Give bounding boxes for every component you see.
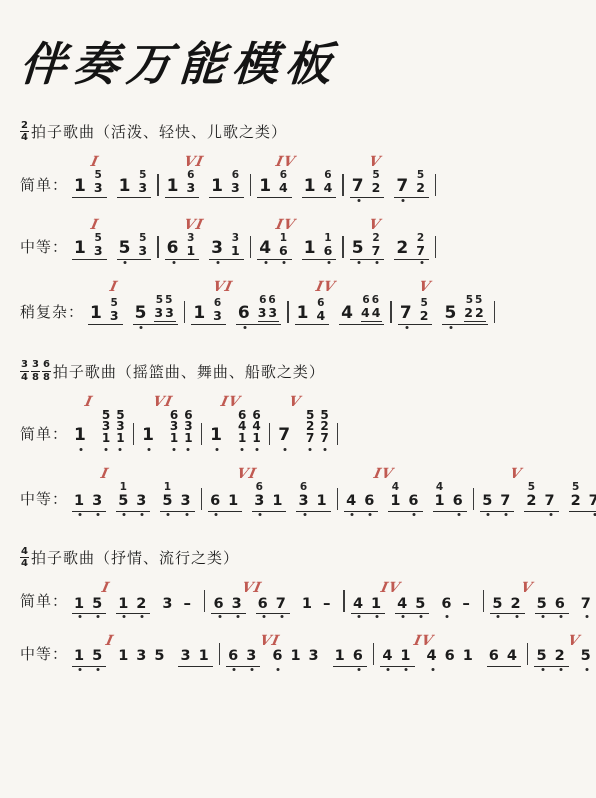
chord-numeral: IV [380, 581, 403, 596]
chord-numeral: V [367, 155, 382, 170]
note-digit: 1 [74, 178, 88, 195]
note: 5 [537, 597, 549, 612]
note-digit: 4 [316, 310, 327, 323]
barline [435, 174, 437, 196]
note: 7 [278, 427, 292, 444]
chord-line: V [480, 465, 596, 482]
beam-group: 12 [116, 597, 150, 615]
note-digit: 6 [445, 649, 457, 664]
note-digit: 6 [555, 597, 567, 612]
barline [219, 643, 221, 665]
note: 5 [492, 597, 504, 612]
note-digit: 1 [435, 494, 447, 509]
beam-group: 153 [72, 170, 107, 198]
note-digit: 3 [186, 182, 197, 195]
beam-group: 553 [117, 233, 152, 261]
note-digit: 5 [581, 649, 593, 664]
score-line: I153153VI163163IV164164V752752 [72, 153, 442, 198]
note: 52 [416, 170, 427, 195]
measure: I153153 [72, 153, 151, 198]
measure-notes: 6361316 [226, 649, 367, 667]
measure-notes: 7527527 [276, 410, 331, 448]
beam-group: 66633 [236, 295, 281, 325]
measure: V52567– [490, 579, 596, 614]
note-digit: 44 [361, 307, 382, 322]
note-digit: 5 [482, 494, 494, 509]
barline [342, 236, 344, 258]
chord-numeral: VI [258, 634, 281, 649]
note-digit: 7 [589, 494, 596, 509]
note-digit: 1 [142, 427, 156, 444]
time-signature-denominator: 4 [21, 372, 28, 383]
note-digit: 6 [324, 245, 335, 258]
row-label: 简单： [20, 423, 68, 447]
beam-group: 531531 [100, 410, 127, 448]
note: 5 [352, 240, 366, 257]
beam-group: 55533 [133, 295, 178, 325]
note: 53 [138, 170, 149, 195]
beam-group: 61 [208, 494, 242, 512]
chord-numeral: V [367, 218, 382, 233]
measure: V7527527 [276, 393, 331, 448]
note: 531 [102, 410, 110, 445]
note: 7 [396, 178, 410, 195]
note-digit: 1 [335, 649, 347, 664]
chord-line: V [350, 153, 429, 170]
chord-numeral: I [89, 218, 100, 233]
chord-line: V [534, 632, 596, 649]
chord-numeral: I [84, 395, 95, 410]
note: 7 [544, 494, 556, 509]
chord-numeral: V [508, 467, 523, 482]
chord-numeral: IV [275, 155, 298, 170]
note: 4 [259, 240, 273, 257]
measure: VI16366633 [191, 278, 281, 325]
barline [342, 174, 344, 196]
measure-notes: 752752 [350, 170, 429, 198]
note-digit: 1 [297, 305, 311, 322]
note: 5 [92, 649, 104, 664]
chord-numeral: V [288, 395, 303, 410]
time-signature-numerator: 2 [20, 120, 29, 132]
barline [250, 236, 252, 258]
beam-group: 527 [350, 233, 385, 261]
note-digit: 1 [74, 597, 86, 612]
score-row: 简单：I15123–VI63671–IV41456–V52567– [20, 579, 586, 614]
note-digit: 4 [397, 597, 409, 612]
note: 41 [435, 482, 447, 509]
note-digit: 6 [228, 649, 240, 664]
note: 5 [119, 240, 133, 257]
note-digit: 1 [463, 649, 475, 664]
chord-numeral: VI [182, 155, 205, 170]
note-digit: 6 [258, 597, 270, 612]
chord-numeral: IV [372, 467, 395, 482]
sheet-page: 伴奏万能模板 24拍子歌曲（活泼、轻快、儿歌之类）简单：I153153VI163… [0, 0, 596, 711]
chord-line: IV [380, 632, 521, 649]
note: 4 [507, 649, 519, 664]
note: 3 [162, 597, 174, 612]
note: 3 [136, 649, 148, 664]
note: 6 [489, 649, 501, 664]
chord-numeral: V [519, 581, 534, 596]
note-digit: 7 [400, 305, 414, 322]
beam-group: 163 [165, 170, 200, 198]
chord-line: I [72, 153, 151, 170]
note-digit: 2 [511, 597, 523, 612]
note: 1 [74, 427, 88, 444]
time-signature: 34 [20, 359, 29, 382]
time-signature: 38 [31, 359, 40, 382]
note: 641 [252, 410, 260, 445]
note-digit: 4 [279, 182, 290, 195]
note: 7 [500, 494, 512, 509]
row-label: 中等： [20, 236, 68, 260]
measure: V752752 [350, 153, 429, 198]
note: 6 [272, 649, 284, 664]
measure: IV41456– [351, 579, 477, 614]
note-digit: 2 [420, 310, 431, 323]
beam-group: 527527 [304, 410, 331, 448]
note-digit: 3 [231, 182, 242, 195]
note-digit: 6 [353, 649, 365, 664]
beam-group: 153 [72, 233, 107, 261]
note: 6 [364, 494, 376, 509]
beam-group: 1 [140, 427, 158, 447]
note-digit: 1 [118, 597, 130, 612]
note: 53 [138, 233, 149, 258]
note-digit: 5 [162, 494, 174, 509]
barline [201, 423, 203, 445]
note: 2 [555, 649, 567, 664]
measure: VI61631631 [208, 465, 331, 512]
row-label: 中等： [20, 643, 68, 667]
chord-numeral: VI [211, 280, 234, 295]
note: 27 [372, 233, 383, 258]
beam-group: 153 [160, 482, 194, 512]
note: 1 [74, 597, 86, 612]
time-signature: 44 [20, 546, 29, 569]
note: 52 [571, 482, 583, 509]
chord-line: VI [165, 216, 244, 233]
beam-group: 56 [535, 597, 569, 615]
measure: I15355533 [88, 278, 178, 325]
note-digit: 3 [136, 649, 148, 664]
section-header: 343868拍子歌曲（摇篮曲、舞曲、船歌之类） [20, 359, 586, 382]
section-caption: 拍子歌曲（摇篮曲、舞曲、船歌之类） [53, 361, 325, 382]
note-digit: 5 [444, 305, 458, 322]
note: 7 [352, 178, 366, 195]
note: 6 [167, 240, 181, 257]
note-digit: 1 [193, 305, 207, 322]
beam-group: 63 [211, 597, 245, 615]
note: 1 [272, 494, 284, 509]
note-digit: 1 [304, 178, 318, 195]
chord-line: IV [295, 278, 385, 295]
note-digit: 6 [238, 305, 252, 322]
note-digit: 1 [317, 494, 329, 509]
note: 3 [180, 494, 192, 509]
beam-group: 46 [344, 494, 378, 512]
barline [494, 301, 496, 323]
note-digit: 1 [304, 240, 318, 257]
chord-line: I [88, 278, 178, 295]
note-digit: 2 [372, 182, 383, 195]
note-digit: 6 [453, 494, 465, 509]
time-signature: 24 [20, 120, 29, 143]
measure: VI163163 [165, 153, 244, 198]
note: 6 [258, 597, 270, 612]
note: 5 [581, 649, 593, 664]
note-digit: 3 [213, 310, 224, 323]
note: 6 [210, 494, 222, 509]
note: 64 [316, 298, 327, 323]
note-digit: 3 [138, 182, 149, 195]
beam-group: 752 [350, 170, 385, 198]
chord-numeral: I [89, 155, 100, 170]
score-line: I1513531VI6361316IV4146164V5257275 [72, 632, 596, 667]
row-label: 中等： [20, 488, 68, 512]
note: – [459, 596, 475, 611]
note-digit: 4 [507, 649, 519, 664]
barline [204, 590, 206, 612]
note-digit: 6 [364, 494, 376, 509]
note: 53 [94, 170, 105, 195]
measure-notes: 153153 [72, 170, 151, 198]
measure-notes: 1513531 [72, 649, 213, 667]
stack-digit: 7 [320, 433, 328, 445]
note-digit: 5 [492, 597, 504, 612]
note-digit: 5 [119, 240, 133, 257]
score-row: 简单：I1531531VI1631631IV1641641V7527527 [20, 393, 586, 448]
chord-line: I [72, 579, 198, 596]
beam-group: 572 [579, 649, 596, 667]
note: 1 [119, 178, 133, 195]
beam-group: 631 [252, 482, 286, 512]
score-row: 简单：I153153VI163163IV164164V752752 [20, 153, 586, 198]
note: 6 [353, 649, 365, 664]
note: 16 [324, 233, 335, 258]
note: 4 [382, 649, 394, 664]
note: 1 [211, 178, 225, 195]
note: 53 [94, 233, 105, 258]
chord-numeral: VI [236, 467, 259, 482]
measure: VI63671– [211, 579, 337, 614]
note: 1 [371, 597, 383, 612]
note-digit: 7 [352, 178, 366, 195]
note: 2 [396, 240, 410, 257]
note-digit: 1 [290, 649, 302, 664]
note: 64 [279, 170, 290, 195]
measure-notes: 16446644 [295, 295, 385, 325]
note: 1 [228, 494, 240, 509]
note-digit: 33 [154, 307, 175, 322]
note: 64 [324, 170, 335, 195]
row-label: 简单： [20, 174, 68, 198]
beam-group: 153 [116, 482, 150, 512]
score-row: 中等：I13153153VI61631631IV46416416V5752752… [20, 465, 586, 512]
note: 63 [186, 170, 197, 195]
measure-notes: 63671– [211, 596, 337, 614]
chord-line: IV [257, 153, 336, 170]
note-digit: 6 [408, 494, 420, 509]
note: 1 [74, 494, 86, 509]
note: 631 [184, 410, 192, 445]
time-signature-numerator: 3 [20, 359, 29, 371]
note-digit: 7 [416, 245, 427, 258]
note: 6 [228, 649, 240, 664]
beam-group: 45 [395, 597, 429, 615]
measure: I13153153 [72, 465, 195, 512]
note: 1 [74, 649, 86, 664]
note: 16 [279, 233, 290, 258]
note: 3 [232, 597, 244, 612]
note-digit: 3 [94, 245, 105, 258]
note-digit: 1 [302, 597, 314, 612]
measure-notes: 46416416 [344, 482, 467, 512]
note: 6633 [258, 295, 279, 322]
row-label: 稍复杂： [20, 301, 84, 325]
note: – [320, 596, 336, 611]
note: 1 [90, 305, 104, 322]
note-digit: 6 [441, 597, 453, 612]
chord-line: VI [226, 632, 367, 649]
note-digit: 1 [228, 494, 240, 509]
beam-group: 163 [209, 170, 244, 198]
chord-line: I [72, 216, 151, 233]
beam-group: 227 [394, 233, 429, 261]
barline [157, 174, 159, 196]
chord-line: V [350, 216, 429, 233]
note: 52 [372, 170, 383, 195]
note-digit: 2 [416, 182, 427, 195]
note: 1 [167, 178, 181, 195]
note: 1 [335, 649, 347, 664]
barline [435, 236, 437, 258]
note-digit: 5 [154, 649, 166, 664]
note: 5 [482, 494, 494, 509]
note: 1 [74, 178, 88, 195]
measure-notes: 15355533 [88, 295, 178, 325]
barline [184, 301, 186, 323]
beam-group: 13 [72, 494, 106, 512]
score-row: 中等：I153553VI631331IV416116V527227 [20, 216, 586, 261]
note: 5 [135, 305, 149, 322]
note-digit: 1 [167, 178, 181, 195]
score-line: I13153153VI61631631IV46416416V57527527 [72, 465, 596, 512]
note-digit: 3 [92, 494, 104, 509]
note: 1 [118, 597, 130, 612]
chord-numeral: VI [182, 218, 205, 233]
barline [269, 423, 271, 445]
note-digit: 2 [396, 240, 410, 257]
measure-notes: 61631631 [208, 482, 331, 512]
note-digit: 7 [396, 178, 410, 195]
note: 1 [193, 305, 207, 322]
beam-group: 153 [117, 170, 152, 198]
chord-numeral: IV [412, 634, 435, 649]
note: 6 [213, 597, 225, 612]
measure-notes: 16366633 [191, 295, 281, 325]
beam-group: 116 [302, 233, 337, 261]
note-digit: 3 [254, 494, 266, 509]
note-digit: 4 [341, 305, 355, 322]
note: 1 [400, 649, 412, 664]
beam-group: 153 [88, 298, 123, 326]
chord-line: IV [351, 579, 477, 596]
note: 7 [400, 305, 414, 322]
note-digit: 1 [210, 427, 224, 444]
note-digit: 22 [464, 307, 485, 322]
measure-notes: 15123– [72, 596, 198, 614]
beam-group: 631631 [168, 410, 195, 448]
chord-numeral: I [101, 581, 112, 596]
note: 3 [92, 494, 104, 509]
measure: V75255522 [398, 278, 488, 325]
beam-group: 641641 [236, 410, 263, 448]
chord-numeral: I [104, 634, 115, 649]
measure-notes: 75255522 [398, 295, 488, 325]
beam-group: 15 [72, 597, 106, 615]
stack-digit: 1 [252, 433, 260, 445]
beam-group: 164 [302, 170, 337, 198]
score-row: 中等：I1513531VI6361316IV4146164V5257275 [20, 632, 586, 667]
measure-notes: 416116 [257, 233, 336, 261]
note: 63 [298, 482, 310, 509]
measure-notes: 5257275 [534, 649, 596, 667]
note-digit: 3 [232, 597, 244, 612]
barline [373, 643, 375, 665]
barline [337, 423, 339, 445]
note: 1 [199, 649, 211, 664]
note-digit: 1 [90, 305, 104, 322]
measure-notes: 52567– [490, 596, 596, 614]
note: 4 [353, 597, 365, 612]
note-digit: 7 [500, 494, 512, 509]
barline [250, 174, 252, 196]
score-line: I15123–VI63671–IV41456–V52567– [72, 579, 596, 614]
section-1: 24拍子歌曲（活泼、轻快、儿歌之类）简单：I153153VI163163IV16… [16, 120, 586, 325]
note: 31 [186, 233, 197, 258]
measure-notes: 527227 [350, 233, 429, 261]
note-digit: 2 [136, 597, 148, 612]
beam-group: 6– [439, 596, 477, 614]
barline [527, 643, 529, 665]
note: 1 [210, 427, 224, 444]
note: 1 [297, 305, 311, 322]
measure-notes: 41456– [351, 596, 477, 614]
section-caption: 拍子歌曲（活泼、轻快、儿歌之类） [31, 121, 287, 142]
note-digit: 5 [352, 240, 366, 257]
measure-notes: 163163 [165, 170, 244, 198]
note: 7 [589, 494, 596, 509]
note-digit: 3 [180, 494, 192, 509]
time-signature-denominator: 4 [21, 132, 28, 143]
note-digit: 7 [276, 597, 288, 612]
note: 527 [306, 410, 314, 445]
note-digit: 3 [138, 245, 149, 258]
note: 52 [526, 482, 538, 509]
time-signature-denominator: 8 [43, 372, 50, 383]
note-digit: 3 [309, 649, 321, 664]
note: 3 [309, 649, 321, 664]
chord-line: V [398, 278, 488, 295]
note-digit: 5 [92, 597, 104, 612]
stack-digit: 1 [184, 433, 192, 445]
note-digit: 2 [571, 494, 583, 509]
chord-line: IV [257, 216, 336, 233]
note-digit: 2 [555, 649, 567, 664]
